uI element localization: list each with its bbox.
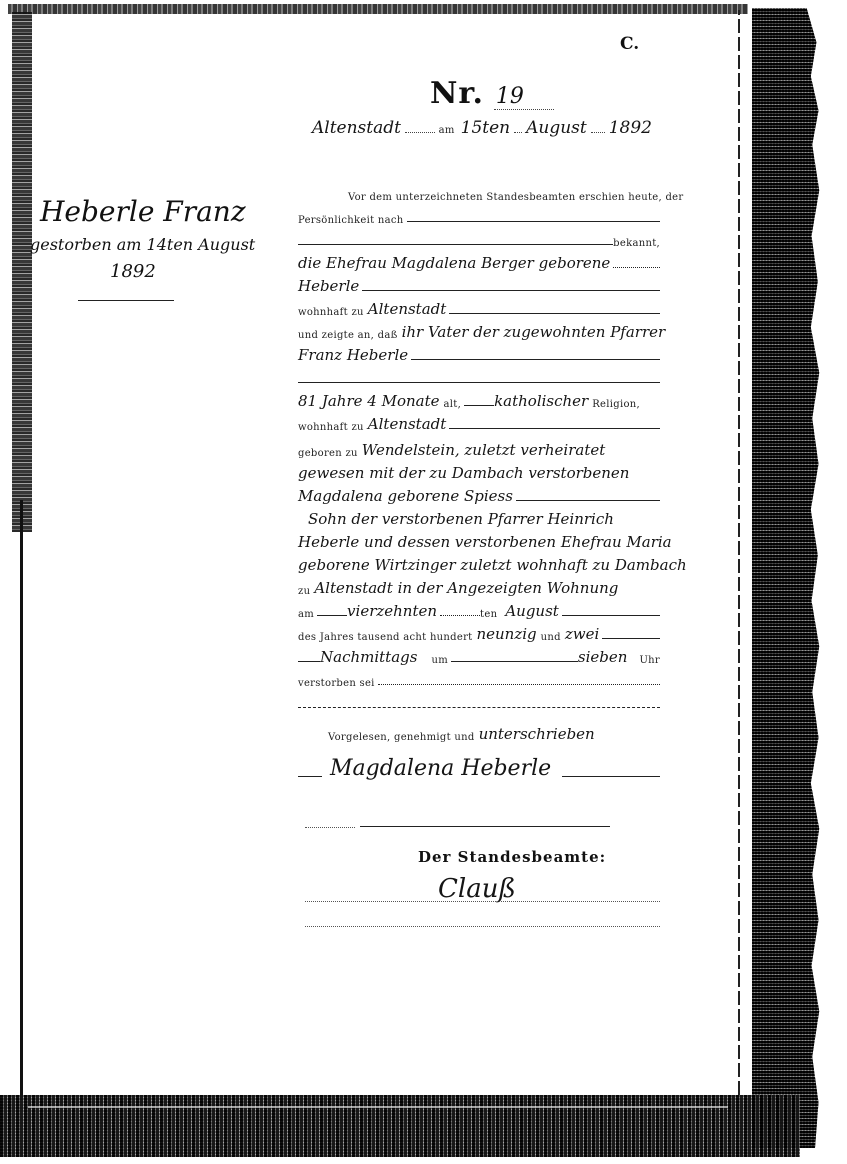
intro-line: Vor dem unterzeichneten Standesbeamten e…	[298, 180, 660, 203]
informant-residence: Altenstadt	[368, 300, 447, 318]
son-of: Sohn der verstorbenen Pfarrer Heinrich	[308, 510, 614, 528]
parents-line-1: Heberle und dessen verstorbenen Ehefrau …	[298, 533, 672, 551]
spouse-info: gewesen mit der zu Dambach verstorbenen	[298, 464, 629, 482]
entry-number-label: Nr.	[430, 76, 484, 111]
relationship: ihr Vater der zugewohnten Pfarrer	[402, 323, 666, 341]
page-edge-right	[738, 10, 740, 1095]
persoenlichkeit-label: Persönlichkeit nach	[298, 215, 404, 226]
scan-border-left	[12, 12, 32, 532]
informant-signature: Magdalena Heberle	[330, 756, 551, 781]
birth-place: Wendelstein, zuletzt verheiratet	[362, 441, 605, 459]
page-edge-bottom	[28, 1106, 728, 1108]
register-day: 15ten	[461, 118, 510, 138]
parents-line-2: geborene Wirtzinger zuletzt wohnhaft zu …	[298, 556, 687, 574]
entry-number: Nr. 19	[430, 76, 554, 111]
register-place: Altenstadt	[312, 118, 401, 138]
death-month: August	[505, 602, 558, 620]
death-hour: sieben	[578, 648, 628, 666]
register-year: 1892	[609, 118, 652, 138]
deceased-residence: Altenstadt	[368, 415, 447, 433]
deceased-religion: katholischer	[494, 392, 588, 410]
margin-note-year: 1892	[110, 261, 156, 282]
read-approved-signed: unterschrieben	[479, 725, 595, 743]
informant-name: die Ehefrau Magdalena Berger geborene	[298, 254, 610, 272]
margin-note-name: Heberle Franz	[40, 195, 246, 228]
scan-border-right	[752, 8, 822, 1148]
intro-text: Vor dem unterzeichneten Standesbeamten e…	[348, 192, 683, 203]
register-form: Vor dem unterzeichneten Standesbeamten e…	[298, 180, 660, 781]
scan-border-left-line	[20, 500, 23, 1100]
scan-border-bottom	[0, 1095, 800, 1157]
entry-number-value: 19	[494, 84, 554, 110]
spouse-name: Magdalena geborene Spiess	[298, 487, 513, 505]
deceased-age: 81 Jahre 4 Monate	[298, 392, 440, 410]
bekannt-label: bekannt,	[613, 238, 660, 249]
informant-maiden-name: Heberle	[298, 277, 359, 295]
signature-rule	[360, 826, 610, 827]
page-code: C.	[620, 34, 639, 54]
deceased-name: Franz Heberle	[298, 346, 408, 364]
date-prefix: am	[439, 125, 455, 136]
official-title: Der Standesbeamte:	[418, 848, 606, 866]
margin-rule	[78, 300, 174, 301]
death-time-of-day: Nachmittags	[320, 648, 417, 666]
register-month: August	[526, 118, 587, 138]
death-year-units: zwei	[565, 625, 599, 643]
death-day: vierzehnten	[347, 602, 437, 620]
death-year-tens: neunzig	[476, 625, 536, 643]
death-place: Altenstadt in der Angezeigten Wohnung	[314, 579, 618, 597]
place-date-line: Altenstadt am 15ten August 1892	[312, 118, 652, 138]
margin-note-death: gestorben am 14ten August	[30, 235, 255, 254]
scan-border-top	[8, 4, 748, 14]
